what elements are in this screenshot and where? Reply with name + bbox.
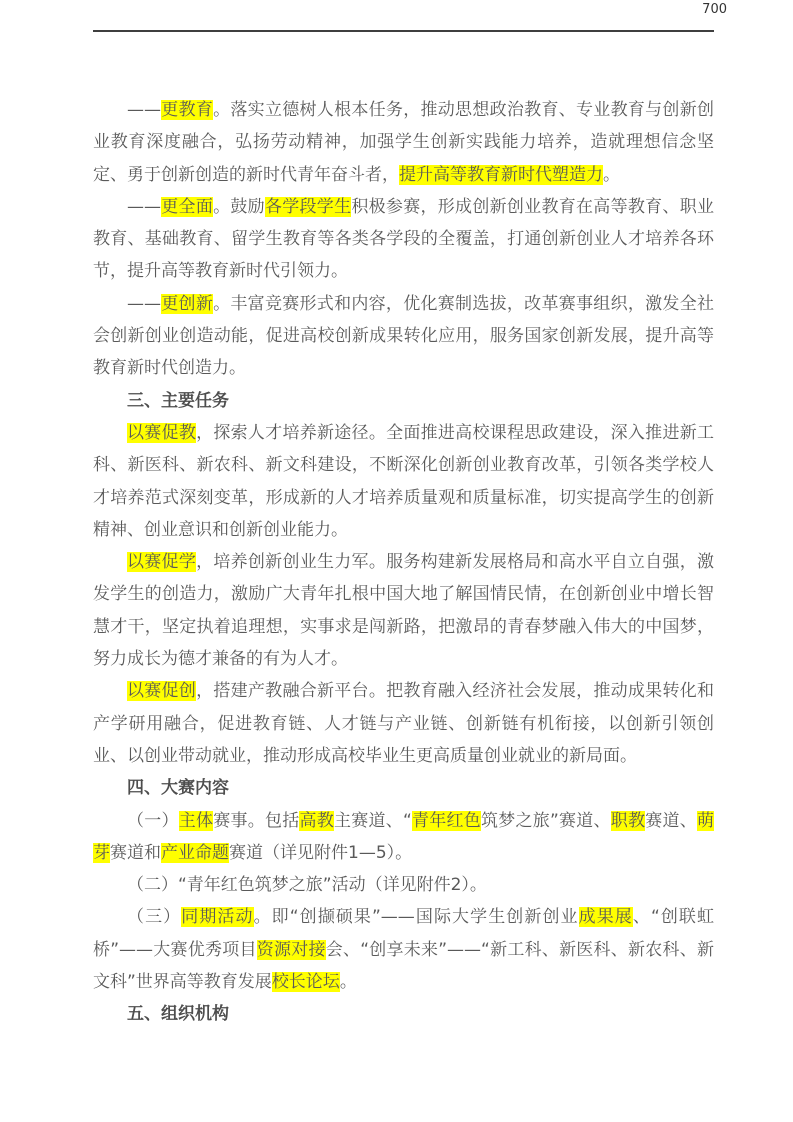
body-paragraph: （一）主体赛事。包括高教主赛道、“青年红色筑梦之旅”赛道、职教赛道、萌芽赛道和产… bbox=[93, 805, 714, 870]
text-run: 赛道、 bbox=[645, 811, 697, 831]
body-paragraph: 以赛促创，搭建产教融合新平台。把教育融入经济社会发展，推动成果转化和产学研用融合… bbox=[93, 675, 714, 772]
text-run: 。即“创撷硕果”——国际大学生创新创业 bbox=[254, 907, 579, 927]
body-paragraph: 以赛促教，探索人才培养新途径。全面推进高校课程思政建设，深入推进新工科、新医科、… bbox=[93, 417, 714, 546]
highlighted-text: 以赛促教 bbox=[127, 423, 196, 443]
page-number: 700 bbox=[702, 2, 727, 17]
text-run: —— bbox=[127, 100, 161, 120]
text-run: 赛事。包括 bbox=[213, 811, 299, 831]
highlighted-text: 更创新 bbox=[161, 294, 213, 314]
highlighted-text: 高教 bbox=[299, 811, 334, 831]
section-heading: 四、大赛内容 bbox=[93, 772, 714, 804]
highlighted-text: 更教育 bbox=[161, 100, 213, 120]
highlighted-text: 同期活动 bbox=[181, 907, 253, 927]
highlighted-text: 各学段学生 bbox=[265, 197, 351, 217]
text-run: （二）“青年红色筑梦之旅”活动（详见附件2）。 bbox=[127, 875, 487, 895]
text-run: 。 bbox=[603, 165, 620, 185]
highlighted-text: 以赛促学 bbox=[127, 552, 196, 572]
body-paragraph: ——更教育。落实立德树人根本任务，推动思想政治教育、专业教育与创新创业教育深度融… bbox=[93, 94, 714, 191]
text-run: 筑梦之旅”赛道、 bbox=[481, 811, 611, 831]
text-run: —— bbox=[127, 294, 161, 314]
document-content: ——更教育。落实立德树人根本任务，推动思想政治教育、专业教育与创新创业教育深度融… bbox=[93, 94, 714, 1031]
highlighted-text: 青年红色 bbox=[412, 811, 481, 831]
highlighted-text: 资源对接 bbox=[257, 940, 326, 960]
highlighted-text: 主体 bbox=[179, 811, 214, 831]
highlighted-text: 提升高等教育新时代塑造力 bbox=[399, 165, 603, 185]
body-paragraph: 以赛促学，培养创新创业生力军。服务构建新发展格局和高水平自立自强，激发学生的创造… bbox=[93, 546, 714, 675]
body-paragraph: ——更创新。丰富竞赛形式和内容，优化赛制选拔，改革赛事组织，激发全社会创新创业创… bbox=[93, 288, 714, 385]
section-heading: 三、主要任务 bbox=[93, 385, 714, 417]
text-run: 赛道（详见附件1—5）。 bbox=[229, 843, 412, 863]
text-run: 。鼓励 bbox=[213, 197, 265, 217]
header-rule bbox=[93, 30, 714, 32]
highlighted-text: 以赛促创 bbox=[127, 681, 196, 701]
highlighted-text: 职教 bbox=[611, 811, 646, 831]
text-run: （一） bbox=[127, 811, 179, 831]
highlighted-text: 成果展 bbox=[579, 907, 633, 927]
document-page: 700 ——更教育。落实立德树人根本任务，推动思想政治教育、专业教育与创新创业教… bbox=[0, 0, 793, 1122]
text-run: —— bbox=[127, 197, 161, 217]
highlighted-text: 更全面 bbox=[161, 197, 213, 217]
text-run: 赛道和 bbox=[110, 843, 161, 863]
body-paragraph: ——更全面。鼓励各学段学生积极参赛，形成创新创业教育在高等教育、职业教育、基础教… bbox=[93, 191, 714, 288]
highlighted-text: 校长论坛 bbox=[272, 972, 340, 992]
text-run: 。 bbox=[340, 972, 357, 992]
section-heading: 五、组织机构 bbox=[93, 998, 714, 1030]
body-paragraph: （三）同期活动。即“创撷硕果”——国际大学生创新创业成果展、“创联虹桥”——大赛… bbox=[93, 901, 714, 998]
body-paragraph: （二）“青年红色筑梦之旅”活动（详见附件2）。 bbox=[93, 869, 714, 901]
highlighted-text: 产业命题 bbox=[161, 843, 229, 863]
text-run: （三） bbox=[127, 907, 181, 927]
text-run: 主赛道、“ bbox=[334, 811, 412, 831]
